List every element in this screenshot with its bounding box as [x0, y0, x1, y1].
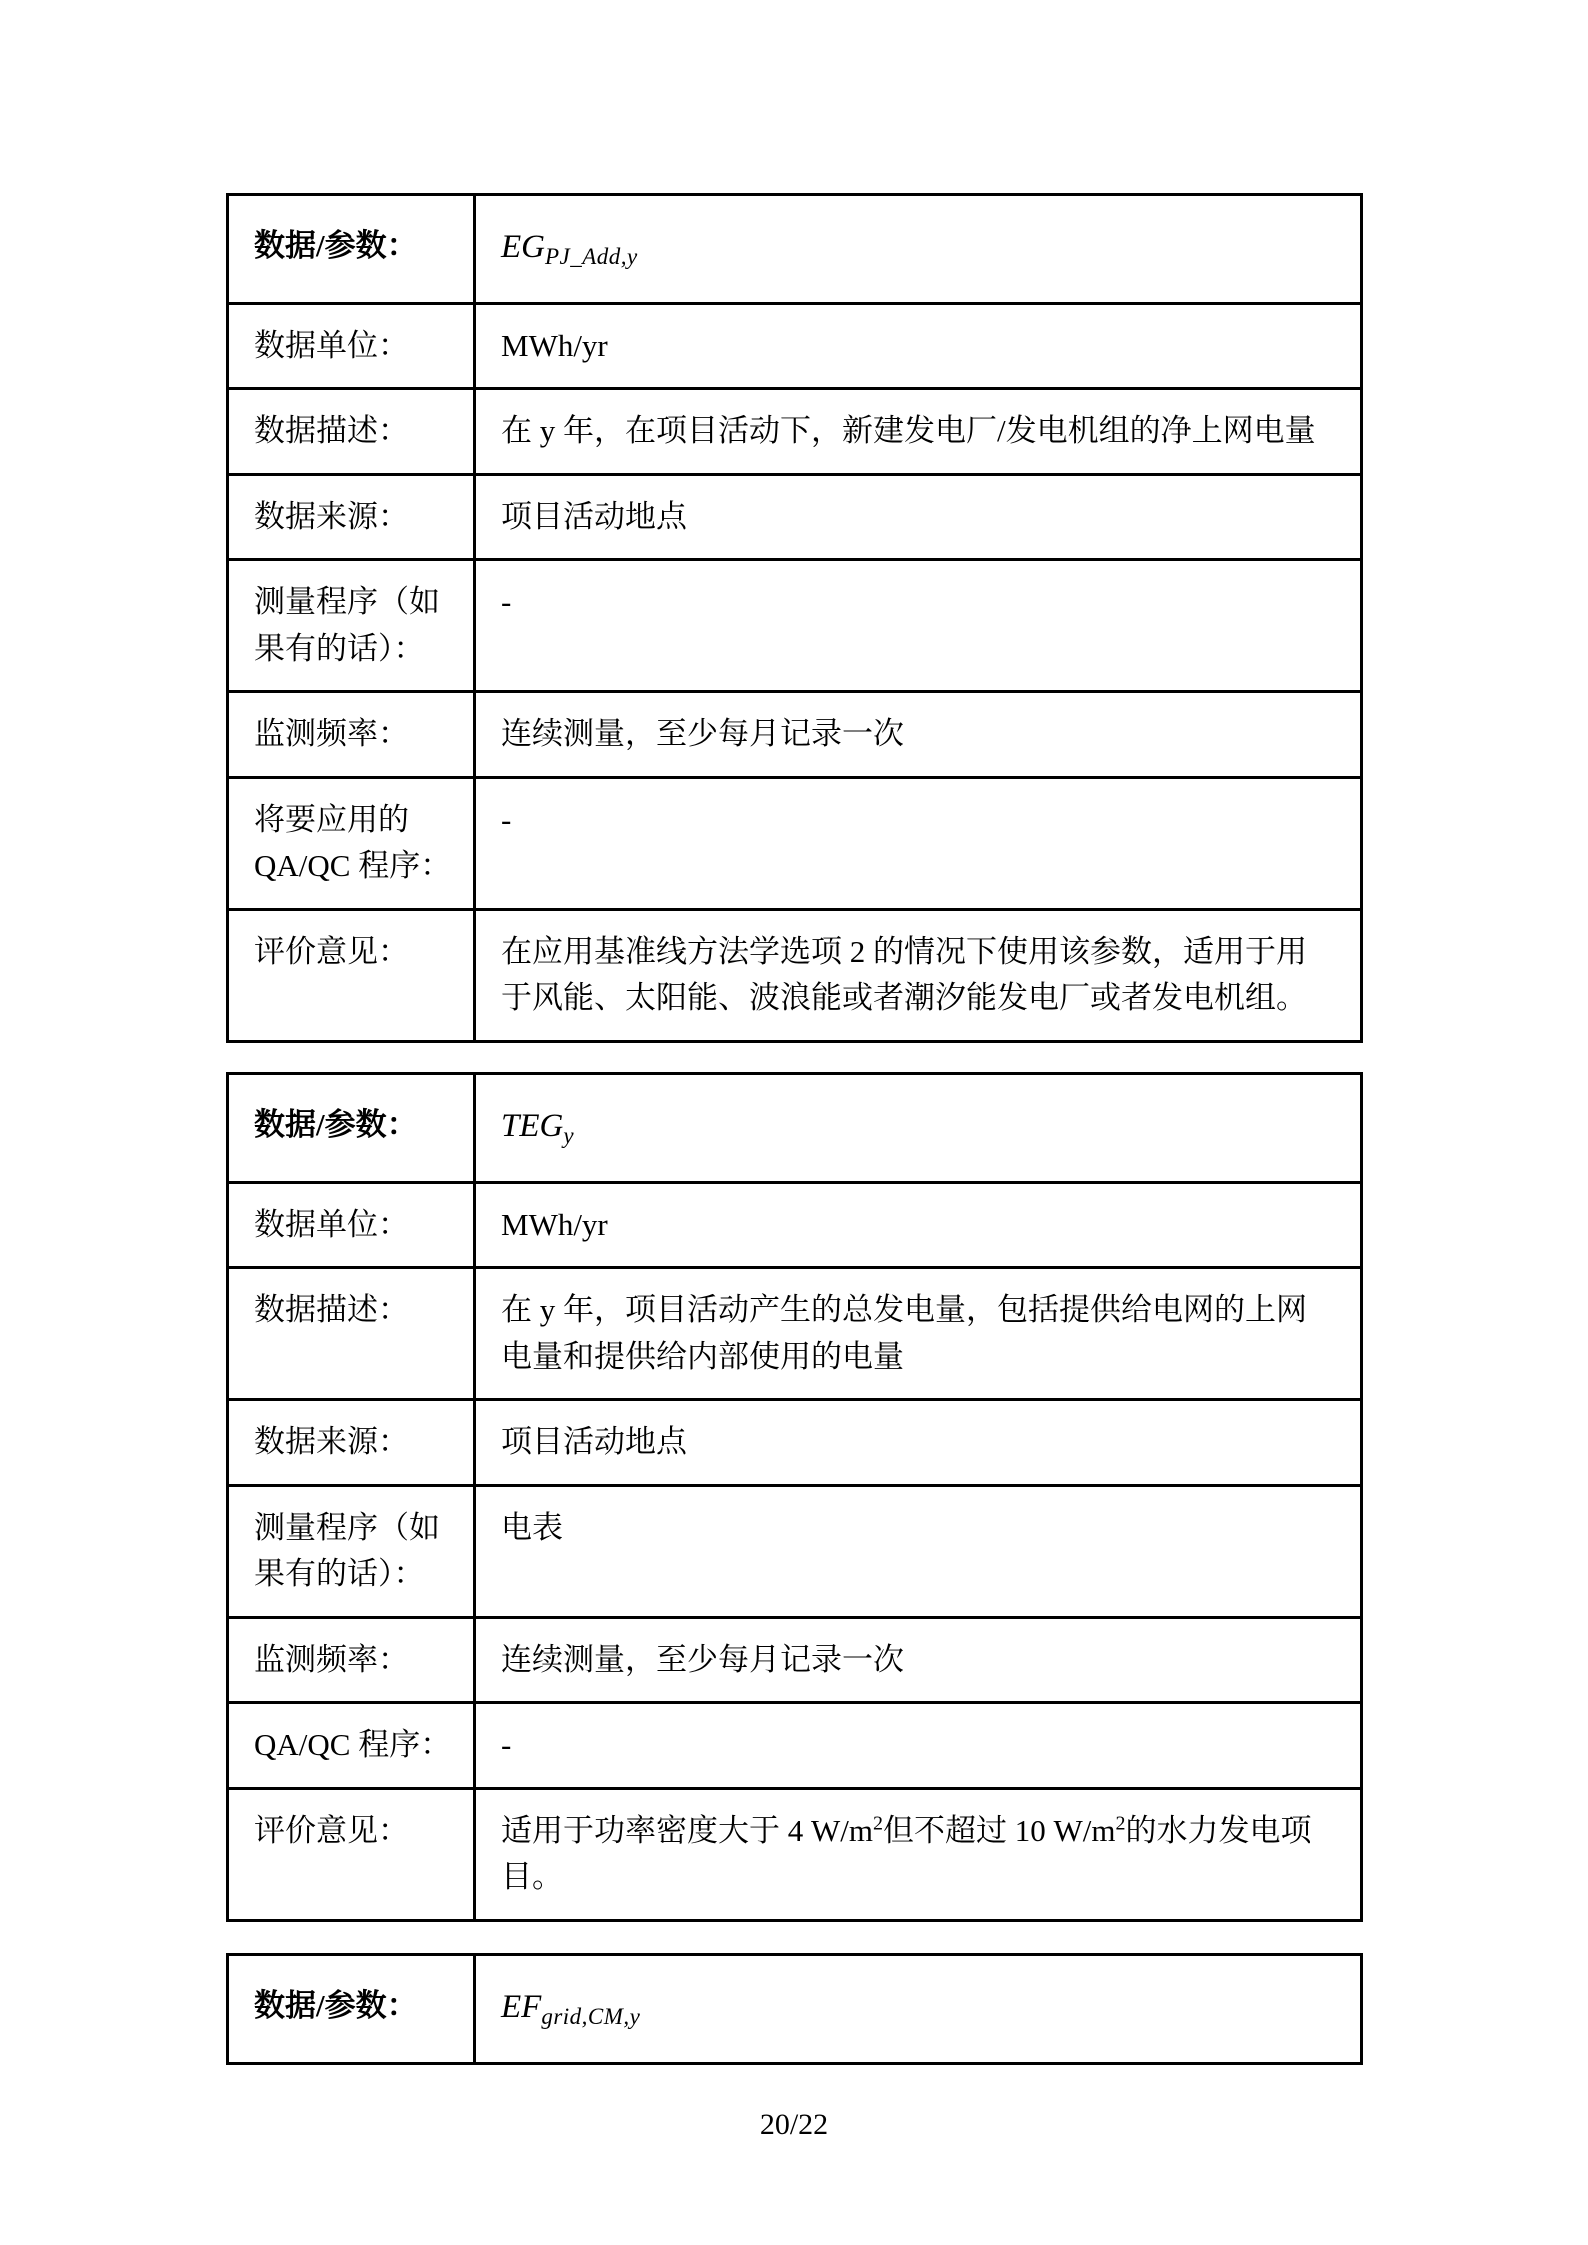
- row-value: 在 y 年，项目活动产生的总发电量，包括提供给电网的上网电量和提供给内部使用的电…: [475, 1268, 1362, 1400]
- table-row: QA/QC 程序： -: [228, 1703, 1362, 1789]
- table-row: 监测频率： 连续测量，至少每月记录一次: [228, 692, 1362, 778]
- page-number: 20/22: [0, 2108, 1588, 2142]
- row-label: 评价意见：: [228, 1788, 475, 1920]
- param-value: EGPJ_Add,y: [475, 195, 1362, 304]
- table-row: 数据单位： MWh/yr: [228, 1182, 1362, 1268]
- row-label: 数据单位：: [228, 303, 475, 389]
- table-row: 测量程序（如果有的话）： 电表: [228, 1485, 1362, 1617]
- table-row: 评价意见： 在应用基准线方法学选项 2 的情况下使用该参数，适用于用于风能、太阳…: [228, 909, 1362, 1041]
- table-row: 数据/参数： TEGy: [228, 1074, 1362, 1183]
- table-row: 数据单位： MWh/yr: [228, 303, 1362, 389]
- param-label: 数据/参数：: [228, 1074, 475, 1183]
- row-value: MWh/yr: [475, 1182, 1362, 1268]
- table-row: 数据来源： 项目活动地点: [228, 1400, 1362, 1486]
- row-label: 数据来源：: [228, 1400, 475, 1486]
- parameter-table-ef-grid-cm: 数据/参数： EFgrid,CM,y: [226, 1953, 1363, 2065]
- row-value: -: [475, 560, 1362, 692]
- table-row: 数据描述： 在 y 年，项目活动产生的总发电量，包括提供给电网的上网电量和提供给…: [228, 1268, 1362, 1400]
- param-subscript: grid,CM,y: [541, 2004, 640, 2029]
- param-symbol: TEG: [501, 1108, 563, 1144]
- param-value: TEGy: [475, 1074, 1362, 1183]
- row-label: QA/QC 程序：: [228, 1703, 475, 1789]
- table-row: 数据来源： 项目活动地点: [228, 474, 1362, 560]
- table-row: 数据/参数： EGPJ_Add,y: [228, 195, 1362, 304]
- param-subscript: y: [563, 1123, 574, 1148]
- param-value: EFgrid,CM,y: [475, 1955, 1362, 2064]
- comment-text: 适用于功率密度大于 4 W/m: [501, 1813, 873, 1848]
- row-label: 数据描述：: [228, 389, 475, 475]
- param-subscript: PJ_Add,y: [545, 244, 638, 269]
- row-value: 连续测量，至少每月记录一次: [475, 692, 1362, 778]
- row-value: 项目活动地点: [475, 474, 1362, 560]
- comment-text: 但不超过 10 W/m: [883, 1813, 1116, 1848]
- row-value: 电表: [475, 1485, 1362, 1617]
- table-row: 数据描述： 在 y 年，在项目活动下，新建发电厂/发电机组的净上网电量: [228, 389, 1362, 475]
- table-row: 数据/参数： EFgrid,CM,y: [228, 1955, 1362, 2064]
- parameter-table-teg: 数据/参数： TEGy 数据单位： MWh/yr 数据描述： 在 y 年，项目活…: [226, 1072, 1363, 1922]
- row-value: 连续测量，至少每月记录一次: [475, 1617, 1362, 1703]
- comment-value: 适用于功率密度大于 4 W/m2但不超过 10 W/m2的水力发电项目。: [475, 1788, 1362, 1920]
- table-row: 监测频率： 连续测量，至少每月记录一次: [228, 1617, 1362, 1703]
- row-label: 数据描述：: [228, 1268, 475, 1400]
- row-value: -: [475, 777, 1362, 909]
- row-label: 监测频率：: [228, 1617, 475, 1703]
- row-value: -: [475, 1703, 1362, 1789]
- row-label: 数据单位：: [228, 1182, 475, 1268]
- row-label: 评价意见：: [228, 909, 475, 1041]
- table-row: 评价意见： 适用于功率密度大于 4 W/m2但不超过 10 W/m2的水力发电项…: [228, 1788, 1362, 1920]
- row-label: 监测频率：: [228, 692, 475, 778]
- superscript-2: 2: [873, 1812, 883, 1834]
- document-page: 数据/参数： EGPJ_Add,y 数据单位： MWh/yr 数据描述： 在 y…: [0, 0, 1588, 2245]
- row-label: 测量程序（如果有的话）：: [228, 560, 475, 692]
- row-value: 在应用基准线方法学选项 2 的情况下使用该参数，适用于用于风能、太阳能、波浪能或…: [475, 909, 1362, 1041]
- superscript-2: 2: [1115, 1812, 1125, 1834]
- row-label: 将要应用的 QA/QC 程序：: [228, 777, 475, 909]
- table-row: 将要应用的 QA/QC 程序： -: [228, 777, 1362, 909]
- param-label: 数据/参数：: [228, 1955, 475, 2064]
- parameter-table-eg-pj-add: 数据/参数： EGPJ_Add,y 数据单位： MWh/yr 数据描述： 在 y…: [226, 193, 1363, 1043]
- row-value: 在 y 年，在项目活动下，新建发电厂/发电机组的净上网电量: [475, 389, 1362, 475]
- param-label: 数据/参数：: [228, 195, 475, 304]
- row-value: MWh/yr: [475, 303, 1362, 389]
- table-row: 测量程序（如果有的话）： -: [228, 560, 1362, 692]
- row-label: 数据来源：: [228, 474, 475, 560]
- row-label: 测量程序（如果有的话）：: [228, 1485, 475, 1617]
- param-symbol: EF: [501, 1989, 541, 2025]
- param-symbol: EG: [501, 229, 545, 265]
- row-value: 项目活动地点: [475, 1400, 1362, 1486]
